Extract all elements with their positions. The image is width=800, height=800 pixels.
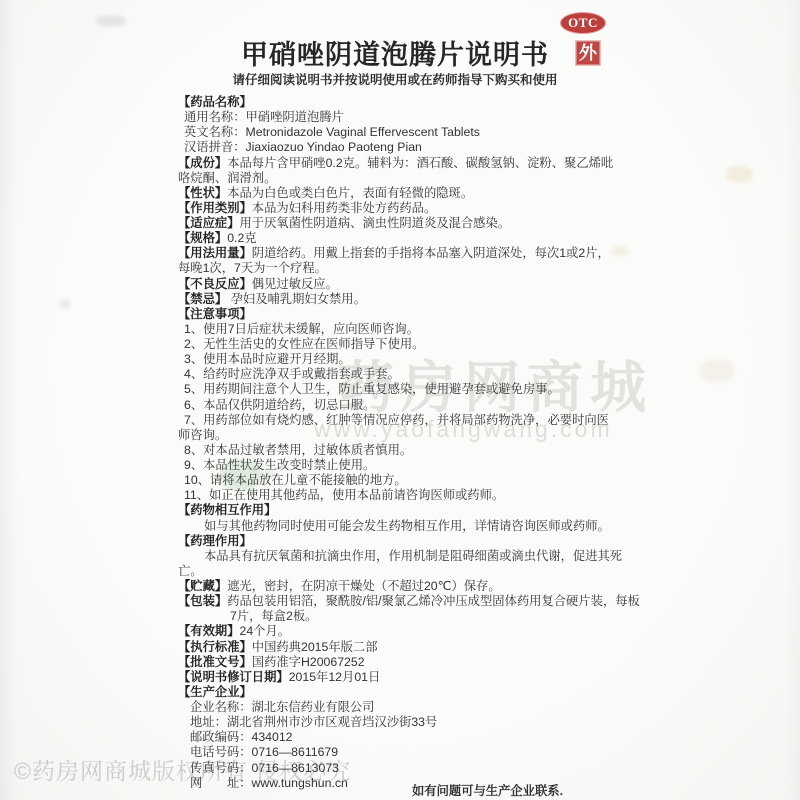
line-text: 0.2克 <box>227 231 256 245</box>
scan-stain <box>700 360 734 382</box>
leaflet-line: 【成份】本品每片含甲硝唑0.2克。辅料为：酒石酸、碳酸氢钠、淀粉、聚乙烯吡 <box>178 156 648 171</box>
line-text: 阴道给药。用戴上指套的手指将本品塞入阴道深处，每次1或2片， <box>252 246 610 260</box>
section-heading: 【批准文号】 <box>178 655 252 669</box>
line-text: 地址：湖北省荆州市沙市区观音垱汉沙街33号 <box>190 715 437 729</box>
leaflet-line: 3、使用本品时应避开月经期。 <box>178 352 648 367</box>
line-text: 本品每片含甲硝唑0.2克。辅料为：酒石酸、碳酸氢钠、淀粉、聚乙烯吡 <box>227 156 613 170</box>
leaflet-line: 每晚1次，7天为一个疗程。 <box>178 261 648 276</box>
line-text: 网 址：www.tungshun.cn <box>190 776 348 790</box>
line-text: 本品具有抗厌氧菌和抗滴虫作用，作用机制是阻碍细菌或滴虫代谢，促进其死 <box>204 549 622 563</box>
leaflet-line: 【适应症】用于厌氧菌性阴道病、滴虫性阴道炎及混合感染。 <box>178 216 648 231</box>
leaflet-line: 7、用药部位如有烧灼感、红肿等情况应停药，并将局部药物洗净，必要时向医 <box>178 413 648 428</box>
line-text: 遮光，密封，在阴凉干燥处（不超过20℃）保存。 <box>227 579 500 593</box>
line-text: 师咨询。 <box>178 428 227 442</box>
leaflet-line: 【贮藏】遮光，密封，在阴凉干燥处（不超过20℃）保存。 <box>178 579 648 594</box>
line-text: 邮政编码：434012 <box>190 730 293 744</box>
section-heading: 【说明书修订日期】 <box>178 670 289 684</box>
section-heading: 【包装】 <box>178 594 227 608</box>
section-heading: 【规格】 <box>178 231 227 245</box>
line-text: 药品包装用铝箔，聚酰胺/铝/聚氯乙烯冷冲压成型固体药用复合硬片装，每板 <box>227 594 640 608</box>
line-text: 8、对本品过敏者禁用，过敏体质者慎用。 <box>184 443 412 457</box>
leaflet-line: 如与其他药物同时使用可能会发生药物相互作用，详情请咨询医师或药师。 <box>178 519 648 534</box>
section-heading: 【注意事项】 <box>178 307 252 321</box>
section-heading: 【药理作用】 <box>178 534 252 548</box>
leaflet-line: 【用法用量】阴道给药。用戴上指套的手指将本品塞入阴道深处，每次1或2片， <box>178 246 648 261</box>
line-text: 中国药典2015年版二部 <box>252 640 378 654</box>
line-text: 亡。 <box>178 564 203 578</box>
line-text: 传真号码：0716—8613073 <box>190 761 339 775</box>
section-heading: 【不良反应】 <box>178 277 252 291</box>
leaflet-line: 【规格】0.2克 <box>178 231 648 246</box>
section-heading: 【执行标准】 <box>178 640 252 654</box>
line-text: 3、使用本品时应避开月经期。 <box>184 352 351 366</box>
line-text: 5、用药期间注意个人卫生，防止重复感染，使用避孕套或避免房事。 <box>184 382 560 396</box>
leaflet-line: 地址：湖北省荆州市沙市区观音垱汉沙街33号 <box>178 715 648 730</box>
leaflet-line: 【注意事项】 <box>178 307 648 322</box>
leaflet-line: 英文名称：Metronidazole Vaginal Effervescent … <box>178 125 648 140</box>
section-heading: 【贮藏】 <box>178 579 227 593</box>
leaflet-line: 【药理作用】 <box>178 534 648 549</box>
section-heading: 【禁忌】 <box>178 292 227 306</box>
line-text: 本品为妇科用药类非处方药药品。 <box>252 201 436 215</box>
leaflet-line: 【执行标准】中国药典2015年版二部 <box>178 640 648 655</box>
line-text: 2015年12月01日 <box>289 670 381 684</box>
section-heading: 【有效期】 <box>178 624 240 638</box>
leaflet-line: 师咨询。 <box>178 428 648 443</box>
line-text: 用于厌氧菌性阴道病、滴虫性阴道炎及混合感染。 <box>240 216 511 230</box>
leaflet-line: 【禁忌】 孕妇及哺乳期妇女禁用。 <box>178 292 648 307</box>
leaflet-line: 【药物相互作用】 <box>178 503 648 518</box>
scan-stain <box>726 166 752 182</box>
section-heading: 【生产企业】 <box>178 685 252 699</box>
leaflet-line: 1、使用7日后症状未缓解，应向医师咨询。 <box>178 322 648 337</box>
leaflet-line: 5、用药期间注意个人卫生，防止重复感染，使用避孕套或避免房事。 <box>178 382 648 397</box>
line-text: 11、如正在使用其他药品，使用本品前请咨询医师或药师。 <box>184 488 504 502</box>
leaflet-line: 【生产企业】 <box>178 685 648 700</box>
line-text: 24个月。 <box>240 624 291 638</box>
line-text: 通用名称：甲硝唑阴道泡腾片 <box>184 110 344 124</box>
line-text: 7、用药部位如有烧灼感、红肿等情况应停药，并将局部药物洗净，必要时向医 <box>184 413 609 427</box>
line-text: 汉语拼音：Jiaxiaozuo Yindao Paoteng Pian <box>184 140 422 154</box>
leaflet-line: 传真号码：0716—8613073 <box>178 761 648 776</box>
line-text: 1、使用7日后症状未缓解，应向医师咨询。 <box>184 322 419 336</box>
section-heading: 【适应症】 <box>178 216 240 230</box>
otc-badge-label: OTC <box>568 15 598 31</box>
leaflet-line: 【药品名称】 <box>178 95 648 110</box>
leaflet-line: 【说明书修订日期】2015年12月01日 <box>178 670 648 685</box>
leaflet-line: 本品具有抗厌氧菌和抗滴虫作用，作用机制是阻碍细菌或滴虫代谢，促进其死 <box>178 549 648 564</box>
leaflet-line: 2、无性生活史的女性应在医师指导下使用。 <box>178 337 648 352</box>
leaflet-line: 咯烷酮、润滑剂。 <box>178 171 648 186</box>
leaflet-line: 4、给药时应洗净双手或戴指套或手套。 <box>178 367 648 382</box>
leaflet-line: 汉语拼音：Jiaxiaozuo Yindao Paoteng Pian <box>178 140 648 155</box>
leaflet-subtitle: 请仔细阅读说明书并按说明使用或在药师指导下购买和使用 <box>0 70 790 88</box>
line-text: 企业名称：湖北东信药业有限公司 <box>190 700 374 714</box>
leaflet-line: 9、本品性状发生改变时禁止使用。 <box>178 458 648 473</box>
leaflet-line: 【作用类别】本品为妇科用药类非处方药药品。 <box>178 201 648 216</box>
leaflet-line: 10、请将本品放在儿童不能接触的地方。 <box>178 473 648 488</box>
leaflet-line: 【批准文号】国药准字H20067252 <box>178 655 648 670</box>
section-heading: 【成份】 <box>178 156 227 170</box>
line-text: 孕妇及哺乳期妇女禁用。 <box>227 292 366 306</box>
section-heading: 【药品名称】 <box>178 95 252 109</box>
leaflet-line: 通用名称：甲硝唑阴道泡腾片 <box>178 110 648 125</box>
leaflet-line: 亡。 <box>178 564 648 579</box>
line-text: 7片，每盒2板。 <box>230 609 317 623</box>
leaflet-line: 【有效期】24个月。 <box>178 624 648 639</box>
leaflet-line: 6、本品仅供阴道给药，切忌口服。 <box>178 398 648 413</box>
otc-badge: OTC <box>560 12 606 34</box>
line-text: 国药准字H20067252 <box>252 655 365 669</box>
leaflet-line: 7片，每盒2板。 <box>178 609 648 624</box>
line-text: 每晚1次，7天为一个疗程。 <box>178 261 327 275</box>
line-text: 偶见过敏反应。 <box>252 277 338 291</box>
leaflet-line: 电话号码：0716—8611679 <box>178 745 648 760</box>
leaflet-line: 企业名称：湖北东信药业有限公司 <box>178 700 648 715</box>
leaflet-line: 邮政编码：434012 <box>178 730 648 745</box>
contact-manufacturer-note: 如有问题可与生产企业联系. <box>412 781 563 799</box>
external-use-badge-label: 外 <box>579 44 597 62</box>
leaflet-line: 8、对本品过敏者禁用，过敏体质者慎用。 <box>178 443 648 458</box>
leaflet-line: 【不良反应】偶见过敏反应。 <box>178 277 648 292</box>
line-text: 2、无性生活史的女性应在医师指导下使用。 <box>184 337 424 351</box>
line-text: 如与其他药物同时使用可能会发生药物相互作用，详情请咨询医师或药师。 <box>204 519 610 533</box>
section-heading: 【用法用量】 <box>178 246 252 260</box>
scan-stain <box>96 16 126 26</box>
section-heading: 【作用类别】 <box>178 201 252 215</box>
line-text: 咯烷酮、润滑剂。 <box>178 171 276 185</box>
line-text: 6、本品仅供阴道给药，切忌口服。 <box>184 398 375 412</box>
leaflet-title: 甲硝唑阴道泡腾片说明书 <box>0 33 790 72</box>
leaflet-body: 【药品名称】通用名称：甲硝唑阴道泡腾片英文名称：Metronidazole Va… <box>178 95 648 791</box>
leaflet-line: 【包装】药品包装用铝箔，聚酰胺/铝/聚氯乙烯冷冲压成型固体药用复合硬片装，每板 <box>178 594 648 609</box>
line-text: 电话号码：0716—8611679 <box>190 745 338 759</box>
leaflet-line: 11、如正在使用其他药品，使用本品前请咨询医师或药师。 <box>178 488 648 503</box>
line-text: 4、给药时应洗净双手或戴指套或手套。 <box>184 367 400 381</box>
section-heading: 【性状】 <box>178 186 227 200</box>
external-use-badge: 外 <box>575 40 601 66</box>
scan-stain <box>60 300 70 308</box>
line-text: 10、请将本品放在儿童不能接触的地方。 <box>184 473 407 487</box>
line-text: 本品为白色或类白色片，表面有轻微的隐斑。 <box>227 186 473 200</box>
section-heading: 【药物相互作用】 <box>178 503 276 517</box>
line-text: 9、本品性状发生改变时禁止使用。 <box>184 458 375 472</box>
leaflet-line: 【性状】本品为白色或类白色片，表面有轻微的隐斑。 <box>178 186 648 201</box>
line-text: 英文名称：Metronidazole Vaginal Effervescent … <box>184 125 480 139</box>
